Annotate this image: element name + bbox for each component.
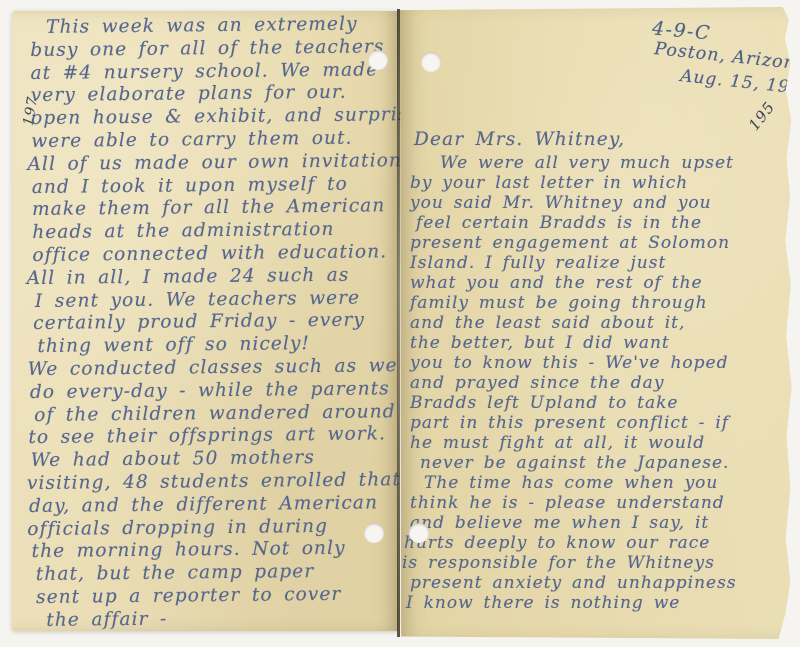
letter-line: and believe me when I say, it bbox=[410, 513, 790, 533]
letter-line: present anxiety and unhappiness bbox=[410, 573, 790, 593]
letter-line: Bradds left Upland to take bbox=[410, 393, 790, 413]
letter-line: never be against the Japanese. bbox=[410, 453, 790, 473]
letter-line: and the least said about it, bbox=[410, 313, 790, 333]
letter-line: you said Mr. Whitney and you bbox=[410, 193, 790, 213]
letter-line: he must fight at all, it would bbox=[410, 433, 790, 453]
letter-line: The time has come when you bbox=[410, 473, 790, 493]
page-number-right: 195 bbox=[745, 98, 779, 134]
hole-punch bbox=[368, 50, 388, 70]
left-page-text: This week was an extremely busy one for … bbox=[30, 13, 408, 632]
letter-line: to see their offsprings art work. bbox=[34, 423, 406, 450]
letter-place: Poston, Arizona bbox=[653, 39, 800, 75]
hole-punch bbox=[409, 523, 429, 543]
letter-line: certainly proud Friday - every bbox=[33, 309, 405, 336]
letter-line: All of us made our own invitations bbox=[31, 150, 403, 177]
letter-line: the affair - bbox=[36, 606, 408, 633]
right-page-text: We were all very much upset by your last… bbox=[410, 153, 790, 613]
letter-page-left: 197 This week was an extremely busy one … bbox=[12, 11, 398, 631]
letter-line: think he is - please understand bbox=[410, 493, 790, 513]
letter-line: All in all, I made 24 such as bbox=[33, 264, 405, 291]
letter-line: I know there is nothing we bbox=[410, 593, 790, 613]
letter-line: day, and the different American bbox=[35, 492, 407, 519]
letter-line: family must be going through bbox=[410, 293, 790, 313]
hole-punch bbox=[364, 523, 384, 543]
letter-line: part in this present conflict - if bbox=[410, 413, 790, 433]
letter-line: busy one for all of the teachers bbox=[30, 36, 402, 63]
letter-line: hurts deeply to know our race bbox=[410, 533, 790, 553]
letter-line: do every-day - while the parents bbox=[34, 378, 406, 405]
letter-scan: 197 This week was an extremely busy one … bbox=[0, 0, 800, 647]
letter-line: what you and the rest of the bbox=[410, 273, 790, 293]
letter-line: make them for all the American bbox=[32, 195, 404, 222]
letter-line: and prayed since the day bbox=[410, 373, 790, 393]
letter-line: at #4 nursery school. We made bbox=[30, 59, 402, 86]
letter-salutation: Dear Mrs. Whitney, bbox=[414, 129, 625, 150]
letter-line: is responsible for the Whitneys bbox=[410, 553, 790, 573]
letter-page-right: 4-9-C Poston, Arizona Aug. 15, 1942 195 … bbox=[400, 7, 792, 639]
letter-line: by your last letter in which bbox=[410, 173, 790, 193]
page-fold-crease bbox=[397, 9, 400, 637]
letter-line: the better, but I did want bbox=[410, 333, 790, 353]
letter-line: you to know this - We've hoped bbox=[410, 353, 790, 373]
letter-line: We were all very much upset bbox=[410, 153, 790, 173]
hole-punch bbox=[421, 52, 441, 72]
letter-line: present engagement at Solomon bbox=[410, 233, 790, 253]
letter-line: Island. I fully realize just bbox=[410, 253, 790, 273]
letter-line: feel certain Bradds is in the bbox=[410, 213, 790, 233]
